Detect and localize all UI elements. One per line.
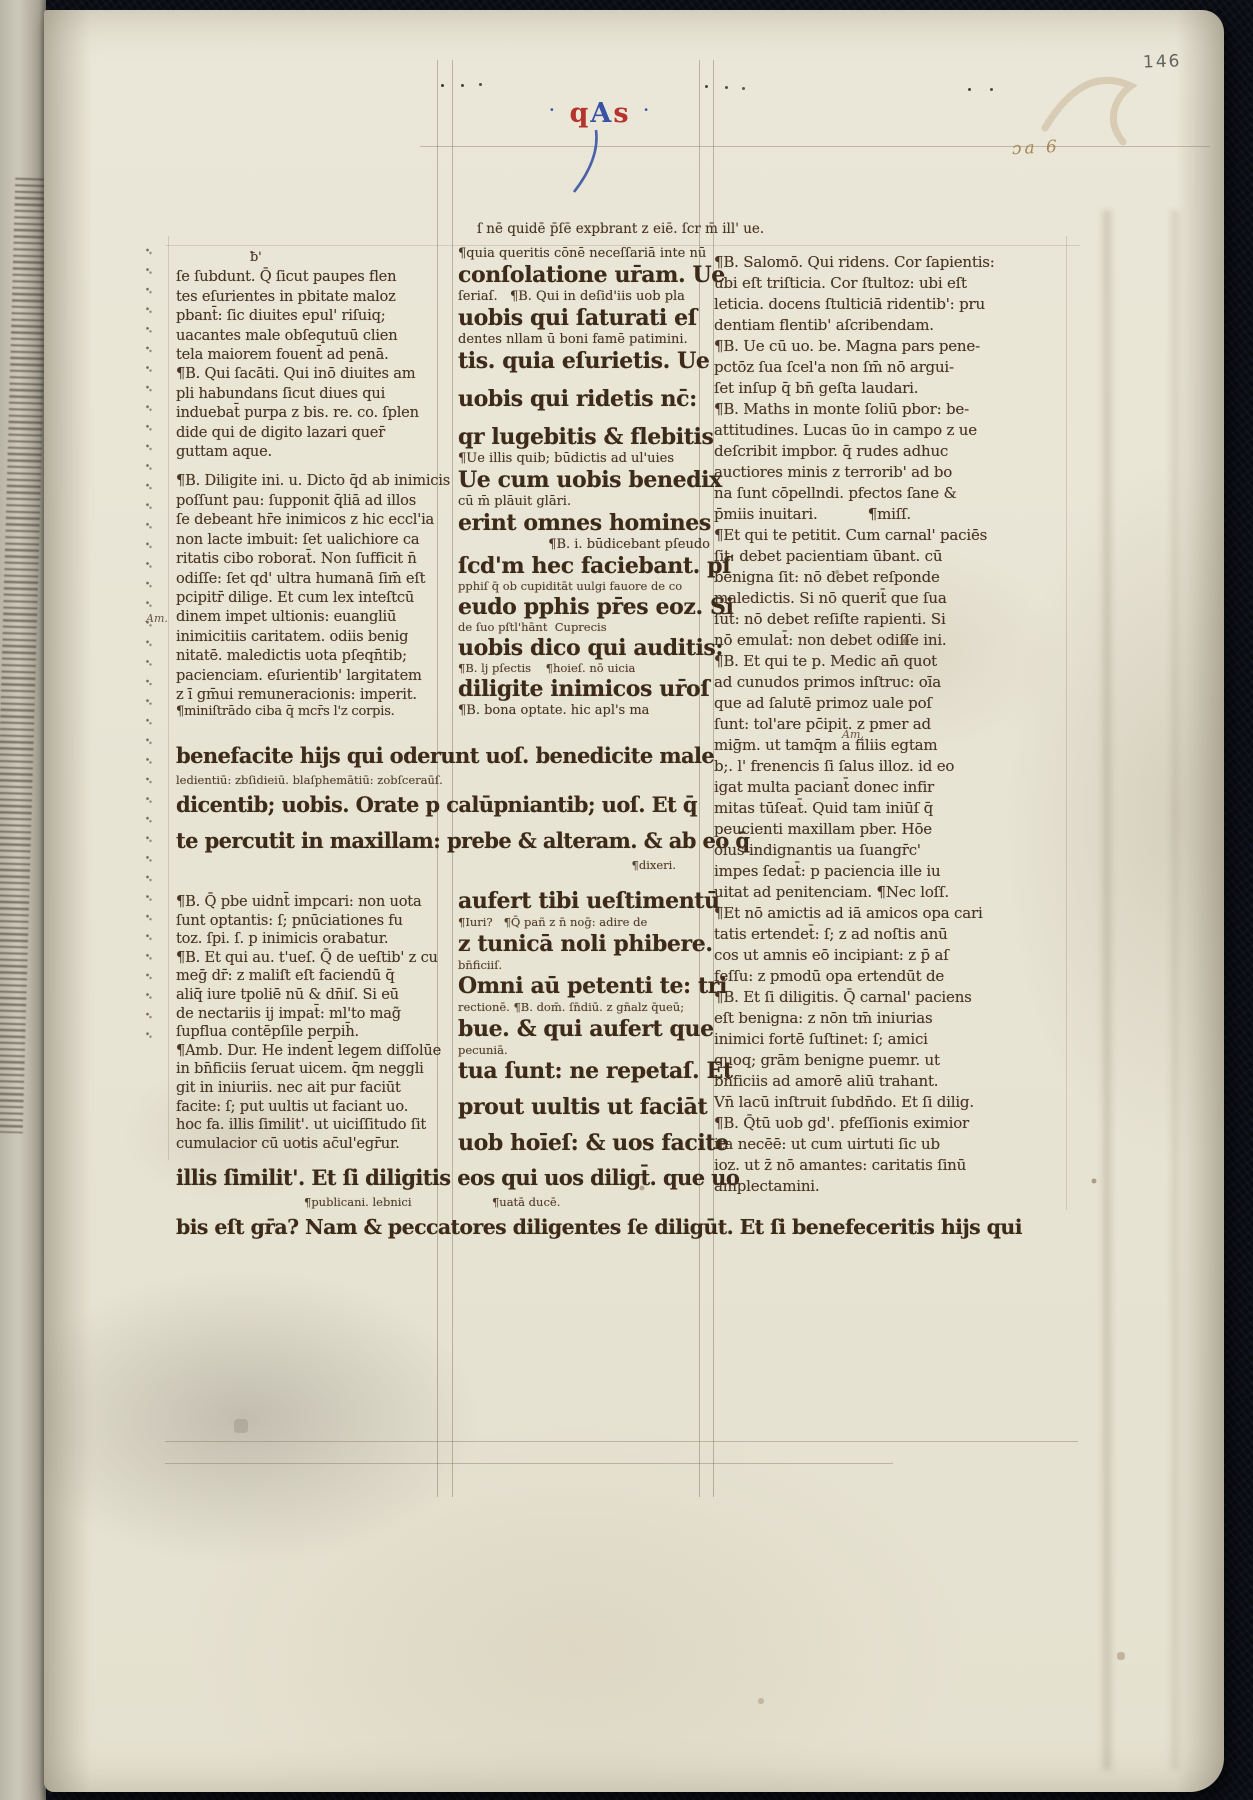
gloss-line: pli habundans ſicut diues qui — [176, 384, 456, 403]
lemma-line: conſolatione ur̄am. Ue — [458, 261, 710, 289]
gloss-line: dide qui de digito lazari quer̄ — [176, 423, 456, 442]
gloss-line: ſe debeant hr̄e inimicos z hic eccl'ia — [176, 510, 456, 529]
gloss-line: tatis ertendet̄: ſ; z ad noſtis anū — [714, 924, 1076, 945]
gloss-line: pcipitr̄ dilige. Et cum lex inteſtcū — [176, 588, 456, 607]
gloss-line: guttam aque. — [176, 442, 456, 461]
gloss-line: uitat ad penitenciam. ¶Nec loſſ. — [714, 882, 1076, 903]
gloss-line: ¶B. Et qui te p. Medic an̄ quot — [714, 651, 1076, 672]
wide-text-block: benefacite hijs qui oderunt uoſ. benedic… — [176, 738, 716, 872]
gloss-line: induebat̄ purpa z bis. re. co. ſplen — [176, 403, 456, 422]
left-gloss-column-lower: ¶B. Q̄ pbe uidnt̄ impcari: non uotaſunt … — [176, 893, 456, 1153]
running-title-letter: · — [644, 101, 651, 119]
lemma-line: ledientiū: zbſidieiū. blaſphemātiū: zobſ… — [176, 774, 716, 787]
lemma-line: erint omnes homines — [458, 509, 710, 537]
gloss-line: ſupflua contēpſile perpih̄. — [176, 1023, 456, 1042]
gloss-line: leticia. docens ſtulticiā ridentib': pru — [714, 294, 1076, 315]
gloss-line: ¶B. Et ſi diligitis. Q̄ carnal' paciens — [714, 987, 1076, 1008]
left-gloss-column: ƀ'ſe ſubdunt. Q̄ ſicut paupes flentes eſ… — [176, 248, 456, 719]
gloss-line: tela maiorem fouent̄ ad penā. — [176, 345, 456, 364]
gloss-line: uacantes male obſequtuū clien — [176, 326, 456, 345]
lemma-line: Omni aū petenti te: tri — [458, 971, 710, 1001]
gloss-line: pctōz ſua ſcel'a non ſm̄ nō argui- — [714, 357, 1076, 378]
gloss-line: ¶B. Ue cū uo. be. Magna pars pene- — [714, 336, 1076, 357]
ruling-line — [165, 1463, 893, 1464]
gloss-line: ſunt optantis: ſ; pnūciationes fu — [176, 912, 456, 931]
gloss-line: benigna ſit: nō debet reſponde — [714, 567, 1076, 588]
biblical-text-column-lower: aufert tibi ueſtimentū¶Iuri? ¶Q̄ pañ z n… — [458, 886, 710, 1158]
gloss-line: ¶B. Diligite ini. u. Dicto q̄d ab inimic… — [176, 471, 456, 490]
manuscript-photo: ·qAs· 146 ɔa 6 ſ nē quidē p̄ſē expbrant … — [0, 0, 1253, 1800]
gloss-line: poſſunt pau: ſupponit q̄liā ad illos — [176, 491, 456, 510]
running-title-letter: · — [549, 101, 556, 119]
gloss-line: ¶Amb. Dur. He indent̄ legem diſſolūe — [176, 1042, 456, 1061]
gloss-line: dentiam flentib' aſcribendam. — [714, 315, 1076, 336]
lemma-line: ſcd'm hec faciebant. pſ — [458, 552, 710, 580]
gloss-line: ¶B. Et qui au. t'ueſ. Q̄ de ueſtib' z cu — [176, 949, 456, 968]
gloss-line: ritatis cibo roborat̄. Non ſufficit n̄ — [176, 549, 456, 568]
gloss-line: miḡm. ut tamq̄m a filiis egtam — [714, 735, 1076, 756]
gloss-line: pbant̄: ſic diuites epul' riſuiq; — [176, 306, 456, 325]
gloss-line: ita necēē: ut cum uirtuti ſic ub — [714, 1134, 1076, 1155]
ruling-line — [165, 1441, 1078, 1442]
gloss-line: eſt benigna: z nōn tm̄ iniurias — [714, 1008, 1076, 1029]
lemma-line: bn̄ficiiſ. — [458, 959, 710, 972]
gloss-line: dinem impet ultionis: euangliū — [176, 607, 456, 626]
lemma-line: eudo pphis pr̄es eoz. Si — [458, 593, 710, 621]
lemma-line: uobis qui ſaturati eſ — [458, 304, 710, 332]
marginal-note: Am. — [146, 612, 168, 625]
gloss-line: deſcribit impbor. q̄ rudes adhuc — [714, 441, 1076, 462]
gloss-line: inimicitiis caritatem. odiis benig — [176, 627, 456, 646]
parchment-crease — [1168, 210, 1182, 1770]
lemma-line: z tunicā noli phibere. — [458, 929, 710, 959]
lemma-line: benefacite hijs qui oderunt uoſ. benedic… — [176, 738, 716, 774]
gloss-line: ubi eſt triſticia. Cor ſtultoz: ubi eſt — [714, 273, 1076, 294]
gloss-line: in bn̄ficiis ſeruat uicem. q̄m neggli — [176, 1060, 456, 1079]
right-gloss-column: ¶B. Salomō. Qui ridens. Cor ſapientis:ub… — [714, 252, 1076, 1197]
running-title-letter: q — [569, 98, 590, 129]
ruling-line — [168, 236, 169, 1160]
lemma-line: uobis dico qui auditis: — [458, 634, 710, 662]
running-title-letter: s — [613, 98, 630, 129]
lemma-line: ¶Iuri? ¶Q̄ pañ z n̄ noḡ: adire de — [458, 916, 710, 929]
gloss-line: ¶Et nō amictis ad iā amicos opa cari — [714, 903, 1076, 924]
lemma-line: tis. quia eſurietis. Ue — [458, 347, 710, 375]
lemma-line: te percutit in maxillam: prebe & alteram… — [176, 823, 716, 859]
gloss-line: meḡ dr̄: z maliſt eſt faciendū q̄ — [176, 967, 456, 986]
gloss-line: pacienciam. eſurientib' largitatem — [176, 666, 456, 685]
pricking-dot-column — [146, 248, 152, 1038]
lemma-line: bue. & qui aufert que — [458, 1014, 710, 1044]
lemma-line: dentes nllam ū boni famē patimini. — [458, 332, 710, 347]
gloss-line: feſſu: z pmodū opa ertendūt de — [714, 966, 1076, 987]
gloss-line: cumulacior cū uotis ac̄ul'egr̄ur. — [176, 1135, 456, 1154]
pricking-dots — [441, 84, 444, 87]
lemma-line: pphiſ q̄ ob cupiditāt uulgi fauore de co — [458, 580, 710, 593]
lemma-line: pecuniā. — [458, 1044, 710, 1057]
gloss-line: oīus indignantis ua ſuangr̄c' — [714, 840, 1076, 861]
marginal-note: Am, — [842, 728, 864, 741]
gloss-line: ƀ' — [250, 248, 456, 267]
lemma-line: diligite inimicos ur̄oſ — [458, 675, 710, 703]
lemma-line: dicentib; uobis. Orate p calūpniantib; u… — [176, 787, 716, 823]
gloss-line: maledictis. Si nō querit̄ que ſua — [714, 588, 1076, 609]
gloss-line: ſūt: nō debet reſiſte rapienti. Si — [714, 609, 1076, 630]
gloss-line: ¶B. Qui ſacāti. Qui inō diuites am — [176, 364, 456, 383]
gloss-line: Vn̄ lacū inſtruit ſubdn̄do. Et ſi dilig. — [714, 1092, 1076, 1113]
lemma-line: uob hoīeſ: & uos facite — [458, 1128, 710, 1158]
gloss-line: cos ut amnis eō incipiant: z p̄ aſ — [714, 945, 1076, 966]
facing-page-text-blur — [0, 178, 49, 1134]
lemma-line: tua ſunt: ne repetaſ. Et — [458, 1056, 710, 1086]
parchment-crease — [1100, 210, 1114, 1770]
gloss-line: ſit: debet pacientiam ūbant. cū — [714, 546, 1076, 567]
gloss-line: auctiores minis z terrorib' ad bo — [714, 462, 1076, 483]
gloss-line: igat multa paciant̄ donec infir — [714, 777, 1076, 798]
gloss-line: ſunt: tol'are pc̄ipit. z pmer ad — [714, 714, 1076, 735]
lemma-line: ¶B. lj pſectis ¶hoieſ. nō uicia — [458, 662, 710, 675]
gloss-line: attitudines. Lucas ūo in campo z ue — [714, 420, 1076, 441]
lemma-line: uobis qui ridetis nc̄: — [458, 385, 710, 413]
gloss-line: hoc fa. illis ſimilit'. ut uiciſſitudo ſ… — [176, 1116, 456, 1135]
gloss-line: ioz. ut z̄ nō amantes: caritatis ſinū — [714, 1155, 1076, 1176]
gloss-line: bn̄ficiis ad amorē aliū trahant. — [714, 1071, 1076, 1092]
gloss-line: ſet inſup q̄ bn̄ geſta laudari. — [714, 378, 1076, 399]
lemma-line: prout uultis ut faciāt — [458, 1092, 710, 1122]
running-title-flourish — [566, 128, 626, 198]
lemma-line: ¶B. i. būdicebant pſeudo — [458, 537, 710, 552]
gloss-line: p̄miis inuitari. ¶miſſ. — [714, 504, 1076, 525]
gloss-line: impes ſedat̄: p paciencia ille iu — [714, 861, 1076, 882]
lemma-line: ¶dixeri. — [176, 859, 676, 872]
biblical-text-column: ¶quia queritis cōnē neceſſariā inte nūco… — [458, 246, 710, 718]
gloss-line: ¶miniſtrādo ciba q̄ mcr̄s l'z corpis. — [176, 704, 456, 719]
lemma-line: ¶quia queritis cōnē neceſſariā inte nū — [458, 246, 710, 261]
gloss-line: toz. ſpi. ſ. p inimicis orabatur. — [176, 930, 456, 949]
running-title-letter: A — [590, 98, 613, 129]
parchment-stains — [0, 0, 2, 2]
lemma-line: bis eſt gr̄a? Nam & peccatores diligente… — [176, 1209, 1076, 1245]
gloss-line: odiſſe: ſet qd' ultra humanā ſim̄ eſt — [176, 569, 456, 588]
gloss-line: ¶Et qui te petitit. Cum carnal' paciēs — [714, 525, 1076, 546]
gloss-line: mitas tūſeat̄. Quid tam iniūſ q̄ — [714, 798, 1076, 819]
lemma-line: ¶B. bona optate. hic apl's ma — [458, 703, 710, 718]
lemma-line: ¶Ue illis quib; būdictis ad ul'uies — [458, 451, 710, 466]
lemma-line: ¶publicani. lebnici ¶uatā ducē. — [304, 1196, 1076, 1209]
gloss-line: ¶B. Maths in monte ſoliū pbor: be- — [714, 399, 1076, 420]
lemma-line: ſeriaſ. ¶B. Qui in deſid'iis uob pla — [458, 289, 710, 304]
gloss-line: git in iniuriis. nec ait pur faciūt — [176, 1079, 456, 1098]
gloss-line: ad cunudos primos inſtruc: oīa — [714, 672, 1076, 693]
gloss-line: ſe ſubdunt. Q̄ ſicut paupes flen — [176, 267, 456, 286]
faded-flourish-mark — [1035, 68, 1165, 158]
facing-page-edge — [0, 0, 46, 1800]
lemma-line: cū m̄ plāuit glāri. — [458, 494, 710, 509]
gloss-line: nō emulat̄: non debet odiſſe ini. — [714, 630, 1076, 651]
gloss-line: b;. l' frenencis ſi ſalus illoz. id eo — [714, 756, 1076, 777]
lemma-line: qr lugebitis & flebitis — [458, 423, 710, 451]
lemma-line: de ſuo pſtl'hānt Cuprecis — [458, 621, 710, 634]
lemma-line: aufert tibi ueſtimentū — [458, 886, 710, 916]
lemma-line: rectionē. ¶B. dom̄. ſn̄diū. z gn̄alz q̄u… — [458, 1001, 710, 1014]
gloss-line: facite: ſ; put uultis ut faciant uo. — [176, 1098, 456, 1117]
gloss-line: peucienti maxillam pber. Hōe — [714, 819, 1076, 840]
gloss-line: ¶B. Q̄tū uob gd'. pfeſſionis eximior — [714, 1113, 1076, 1134]
gloss-line: de nectariis ij impat̄: ml'to mag̃ — [176, 1005, 456, 1024]
gloss-line: inimici fortē ſuſtinet: ſ; amici — [714, 1029, 1076, 1050]
gloss-line: na ſunt cōpellndi. pfectos ſane & — [714, 483, 1076, 504]
gloss-line: ¶B. Salomō. Qui ridens. Cor ſapientis: — [714, 252, 1076, 273]
gloss-line: ¶B. Q̄ pbe uidnt̄ impcari: non uota — [176, 893, 456, 912]
gloss-line: aliq̄ iure tpoliē nū & dn̄iſ. Si eū — [176, 986, 456, 1005]
gloss-line: tes eſurientes in pbitate maloz — [176, 287, 456, 306]
gloss-line: nitatē. maledictis uota pſeqn̄tib; — [176, 646, 456, 665]
gloss-line: z ī gm̄ui remuneracionis: imperit. — [176, 685, 456, 704]
catchline-gloss: ſ nē quidē p̄ſē expbrant z eiē. ſcr m̄ i… — [477, 221, 764, 237]
gloss-line: non lacte imbuit: ſet ualichiore ca — [176, 530, 456, 549]
gloss-line: que ad ſalutē primoz uale poſ — [714, 693, 1076, 714]
gloss-line: quoq; grām benigne puemr. ut — [714, 1050, 1076, 1071]
running-title: ·qAs· — [500, 98, 700, 129]
lemma-line: Ue cum uobis benedix — [458, 466, 710, 494]
gloss-line: amplectamini. — [714, 1176, 1076, 1197]
